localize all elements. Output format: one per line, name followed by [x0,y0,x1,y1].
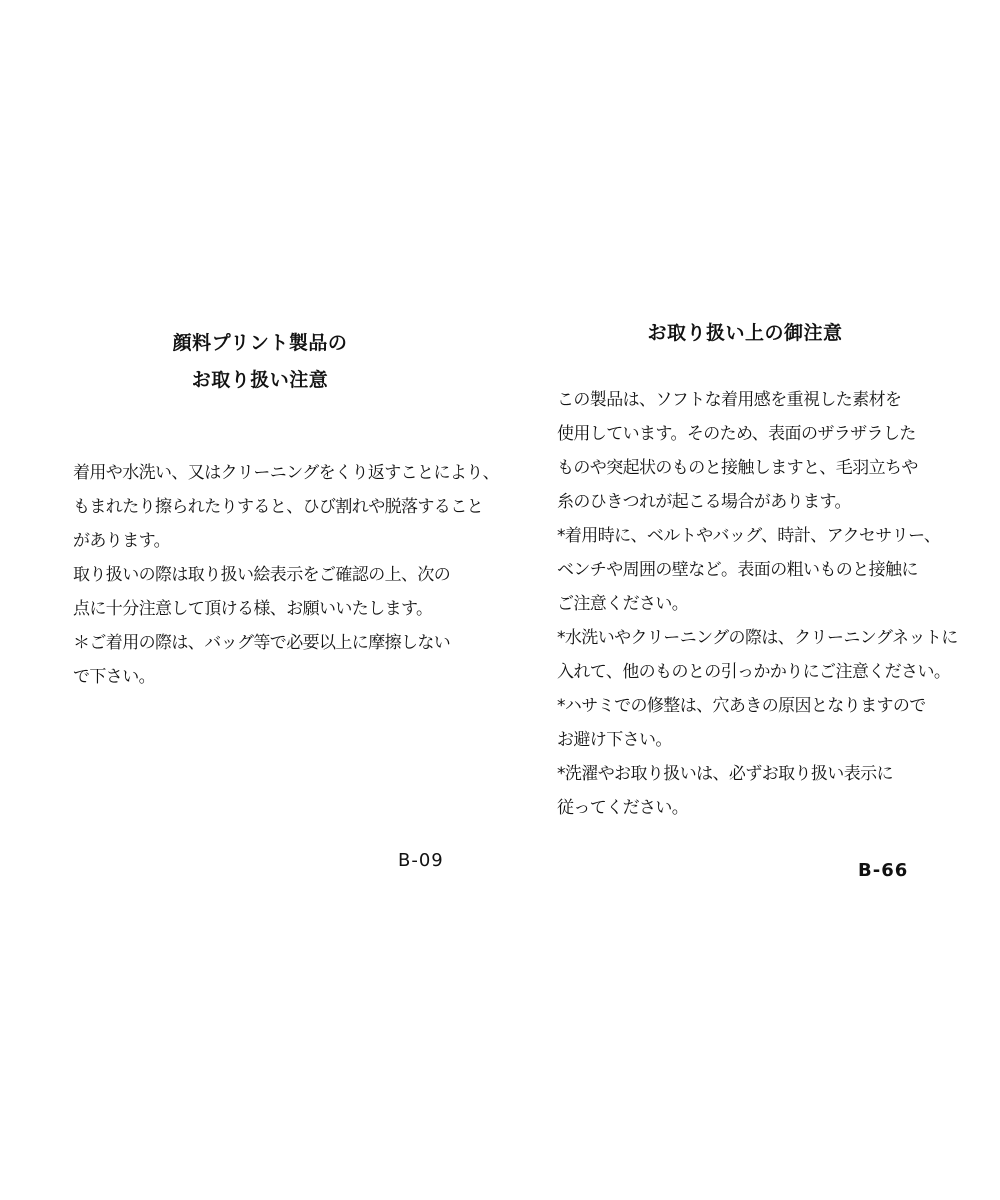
left-body-line: 点に十分注意して頂ける様、お願いいたします。 [73,592,460,626]
right-body-line: この製品は、ソフトな着用感を重視した素材を [557,383,945,417]
right-body-line: 従ってください。 [557,791,945,825]
right-body-line: ご注意ください。 [557,587,945,621]
left-label-code: B-09 [398,850,444,871]
left-title-line-2: お取り扱い注意 [60,362,460,399]
right-body-line: *水洗いやクリーニングの際は、クリーニングネットに [557,621,945,655]
left-body-line: 着用や水洗い、又はクリーニングをくり返すことにより、 [73,456,460,490]
handling-precautions-notice: お取り扱い上の御注意 この製品は、ソフトな着用感を重視した素材を 使用しています… [545,315,945,825]
left-body-line: 取り扱いの際は取り扱い絵表示をご確認の上、次の [73,558,460,592]
right-body-line: *着用時に、ベルトやバッグ、時計、アクセサリー、 [557,519,945,553]
right-body-line: 使用しています。そのため、表面のザラザラした [557,417,945,451]
right-body-line: *ハサミでの修整は、穴あきの原因となりますので [557,689,945,723]
right-body-line: ベンチや周囲の壁など。表面の粗いものと接触に [557,553,945,587]
left-body-line: もまれたり擦られたりすると、ひび割れや脱落すること [73,490,460,524]
pigment-print-care-notice: 顔料プリント製品の お取り扱い注意 着用や水洗い、又はクリーニングをくり返すこと… [60,325,460,694]
left-body-line: があります。 [73,524,460,558]
right-body-text: この製品は、ソフトな着用感を重視した素材を 使用しています。そのため、表面のザラ… [557,383,945,825]
right-body-line: 糸のひきつれが起こる場合があります。 [557,485,945,519]
left-body-line: ＊ご着用の際は、バッグ等で必要以上に摩擦しない [73,626,460,660]
right-body-line: ものや突起状のものと接触しますと、毛羽立ちや [557,451,945,485]
left-body-line: で下さい。 [73,660,460,694]
right-label-code: B-66 [858,860,908,881]
right-body-line: お避け下さい。 [557,723,945,757]
right-body-line: 入れて、他のものとの引っかかりにご注意ください。 [557,655,945,689]
left-title-line-1: 顔料プリント製品の [60,325,460,362]
left-body-text: 着用や水洗い、又はクリーニングをくり返すことにより、 もまれたり擦られたりすると… [73,456,460,694]
right-title: お取り扱い上の御注意 [545,315,945,352]
right-body-line: *洗濯やお取り扱いは、必ずお取り扱い表示に [557,757,945,791]
